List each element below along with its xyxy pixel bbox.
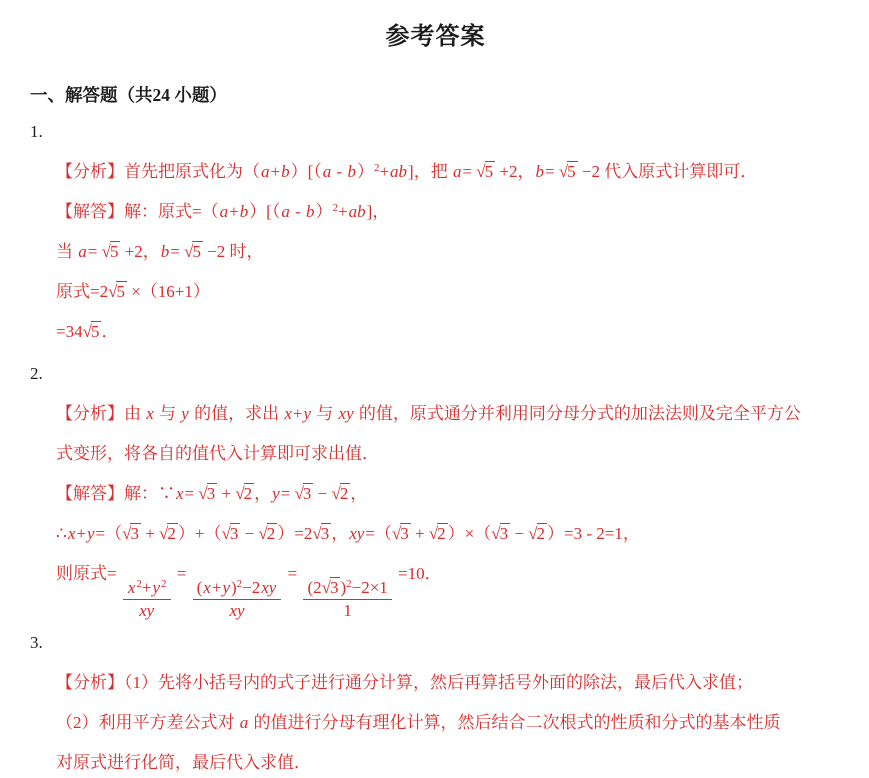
- problem-solution: 【分析】由 x 与 y 的值，求出 x+y 与 xy 的值，原式通分并利用同分母…: [30, 394, 841, 621]
- radical-sign-icon: √: [295, 484, 303, 503]
- superscript: 2: [136, 578, 142, 590]
- radical-sign-icon: √: [322, 578, 330, 597]
- square-root: √5: [476, 161, 495, 181]
- math-variable: x: [145, 404, 155, 423]
- computation-line: 原式=2√5 ×（16+1）: [56, 272, 841, 312]
- analysis-line-continued: 式变形，将各自的值代入计算即可求出值．: [56, 434, 841, 474]
- math-variable: a: [280, 202, 291, 221]
- math-variable: b: [346, 162, 357, 181]
- analysis-line-part2: （2）利用平方差公式对 a 的值进行分母有理化计算，然后结合二次根式的性质和分式…: [56, 703, 841, 743]
- square-root: √5: [83, 321, 102, 341]
- superscript: 2: [333, 202, 339, 214]
- radicand: 3: [303, 483, 314, 503]
- square-root: √2: [429, 523, 448, 543]
- square-root: √3: [491, 523, 510, 543]
- analysis-line-part2-continued: 对原式进行化简，最后代入求值．: [56, 743, 841, 778]
- fraction: (x+y)2−2xyxy: [193, 578, 282, 621]
- math-variable: a: [77, 242, 88, 261]
- radicand: 3: [330, 577, 341, 597]
- radical-sign-icon: √: [83, 322, 91, 341]
- fraction: x2+y2xy: [123, 578, 171, 621]
- math-variable: b: [534, 162, 545, 181]
- math-variable: y: [151, 578, 161, 597]
- radicand: 5: [192, 241, 203, 261]
- math-variable: b: [160, 242, 171, 261]
- math-variable: a: [260, 162, 271, 181]
- radicand: 3: [321, 523, 332, 543]
- fraction-numerator: (2√3)2−2×1: [303, 578, 391, 600]
- radicand: 5: [110, 241, 121, 261]
- math-variable: x: [202, 578, 212, 597]
- square-root: √2: [528, 523, 547, 543]
- radicand: 2: [167, 523, 178, 543]
- fraction-numerator: (x+y)2−2xy: [193, 578, 282, 600]
- superscript: 2: [374, 162, 380, 174]
- math-variable: y: [271, 484, 281, 503]
- math-variable: xy: [260, 578, 277, 597]
- math-variable: xy: [228, 601, 245, 620]
- radicand: 5: [116, 281, 127, 301]
- square-root: √3: [322, 577, 341, 597]
- square-root: √5: [102, 241, 121, 261]
- problem-solution: 【分析】首先把原式化为（a+b）[（a - b）2+ab]，把 a= √5 +2…: [30, 152, 841, 352]
- superscript: 2: [237, 578, 243, 590]
- square-root: √2: [235, 483, 254, 503]
- fraction-denominator: 1: [343, 600, 352, 621]
- math-variable: x: [127, 578, 137, 597]
- math-variable: ab: [348, 202, 367, 221]
- radicand: 2: [437, 523, 448, 543]
- problem-number: 1.: [30, 112, 841, 152]
- math-variable: b: [305, 202, 316, 221]
- problem-2: 2. 【分析】由 x 与 y 的值，求出 x+y 与 xy 的值，原式通分并利用…: [30, 354, 841, 621]
- math-variable: xy: [338, 404, 355, 423]
- radical-sign-icon: √: [476, 162, 484, 181]
- square-root: √5: [108, 281, 127, 301]
- fraction-result-line: 则原式= x2+y2xy = (x+y)2−2xyxy = (2√3)2−2×1…: [56, 554, 841, 621]
- superscript: 2: [346, 578, 352, 590]
- math-variable: ab: [389, 162, 408, 181]
- radical-sign-icon: √: [258, 524, 266, 543]
- section-heading: 一、解答题（共24 小题）: [30, 80, 841, 110]
- answer-line: 【解答】解：∵x= √3 + √2，y= √3 − √2，: [56, 474, 841, 514]
- radicand: 3: [230, 523, 241, 543]
- problem-solution: 【分析】（1）先将小括号内的式子进行通分计算，然后再算括号外面的除法，最后代入求…: [30, 663, 841, 778]
- result-line: =34√5．: [56, 312, 841, 352]
- radicand: 5: [91, 321, 102, 341]
- math-variable: y: [302, 404, 312, 423]
- radicand: 3: [130, 523, 141, 543]
- square-root: √5: [184, 241, 203, 261]
- page-title: 参考答案: [30, 20, 841, 54]
- radical-sign-icon: √: [559, 162, 567, 181]
- radical-sign-icon: √: [221, 524, 229, 543]
- radicand: 2: [267, 523, 278, 543]
- radical-sign-icon: √: [528, 524, 536, 543]
- square-root: √3: [392, 523, 411, 543]
- radicand: 3: [400, 523, 411, 543]
- radical-sign-icon: √: [102, 242, 110, 261]
- answer-line: 【解答】解：原式=（a+b）[（a - b）2+ab]，: [56, 192, 841, 232]
- square-root: √3: [198, 483, 217, 503]
- square-root: √3: [122, 523, 141, 543]
- square-root: √2: [159, 523, 178, 543]
- radicand: 2: [244, 483, 255, 503]
- fraction-denominator: xy: [138, 600, 155, 621]
- square-root: √5: [559, 161, 578, 181]
- math-variable: b: [280, 162, 291, 181]
- math-variable: b: [239, 202, 250, 221]
- square-root: √2: [332, 483, 351, 503]
- radical-sign-icon: √: [392, 524, 400, 543]
- math-variable: x: [175, 484, 185, 503]
- square-root: √3: [295, 483, 314, 503]
- analysis-line-part1: 【分析】（1）先将小括号内的式子进行通分计算，然后再算括号外面的除法，最后代入求…: [56, 663, 841, 703]
- derivation-line: ∴x+y=（√3 + √2）+（√3 − √2）=2√3，xy=（√3 + √2…: [56, 514, 841, 554]
- radicand: 5: [485, 161, 496, 181]
- radicand: 3: [207, 483, 218, 503]
- math-variable: y: [86, 524, 96, 543]
- problem-number: 2.: [30, 354, 841, 394]
- radical-sign-icon: √: [429, 524, 437, 543]
- math-variable: a: [322, 162, 333, 181]
- substitution-line: 当 a= √5 +2，b= √5 −2 时，: [56, 232, 841, 272]
- fraction-numerator: x2+y2: [123, 578, 171, 600]
- superscript: 2: [161, 578, 167, 590]
- analysis-line: 【分析】由 x 与 y 的值，求出 x+y 与 xy 的值，原式通分并利用同分母…: [56, 394, 841, 434]
- math-variable: x: [283, 404, 293, 423]
- radicand: 2: [537, 523, 548, 543]
- radicand: 2: [340, 483, 351, 503]
- problem-3: 3. 【分析】（1）先将小括号内的式子进行通分计算，然后再算括号外面的除法，最后…: [30, 623, 841, 778]
- radicand: 3: [500, 523, 511, 543]
- math-variable: y: [221, 578, 231, 597]
- radical-sign-icon: √: [332, 484, 340, 503]
- radical-sign-icon: √: [312, 524, 320, 543]
- radical-sign-icon: √: [198, 484, 206, 503]
- math-variable: a: [219, 202, 230, 221]
- analysis-line: 【分析】首先把原式化为（a+b）[（a - b）2+ab]，把 a= √5 +2…: [56, 152, 841, 192]
- square-root: √2: [258, 523, 277, 543]
- radical-sign-icon: √: [235, 484, 243, 503]
- math-variable: xy: [348, 524, 365, 543]
- fraction-denominator: xy: [228, 600, 245, 621]
- math-variable: y: [180, 404, 190, 423]
- answer-document: 参考答案 一、解答题（共24 小题） 1. 【分析】首先把原式化为（a+b）[（…: [0, 0, 869, 778]
- math-variable: a: [452, 162, 463, 181]
- radicand: 5: [567, 161, 578, 181]
- math-variable: a: [239, 713, 250, 732]
- math-variable: x: [67, 524, 77, 543]
- fraction: (2√3)2−2×11: [303, 578, 391, 621]
- math-variable: xy: [138, 601, 155, 620]
- problem-1: 1. 【分析】首先把原式化为（a+b）[（a - b）2+ab]，把 a= √5…: [30, 112, 841, 352]
- square-root: √3: [221, 523, 240, 543]
- problem-number: 3.: [30, 623, 841, 663]
- radical-sign-icon: √: [491, 524, 499, 543]
- square-root: √3: [312, 523, 331, 543]
